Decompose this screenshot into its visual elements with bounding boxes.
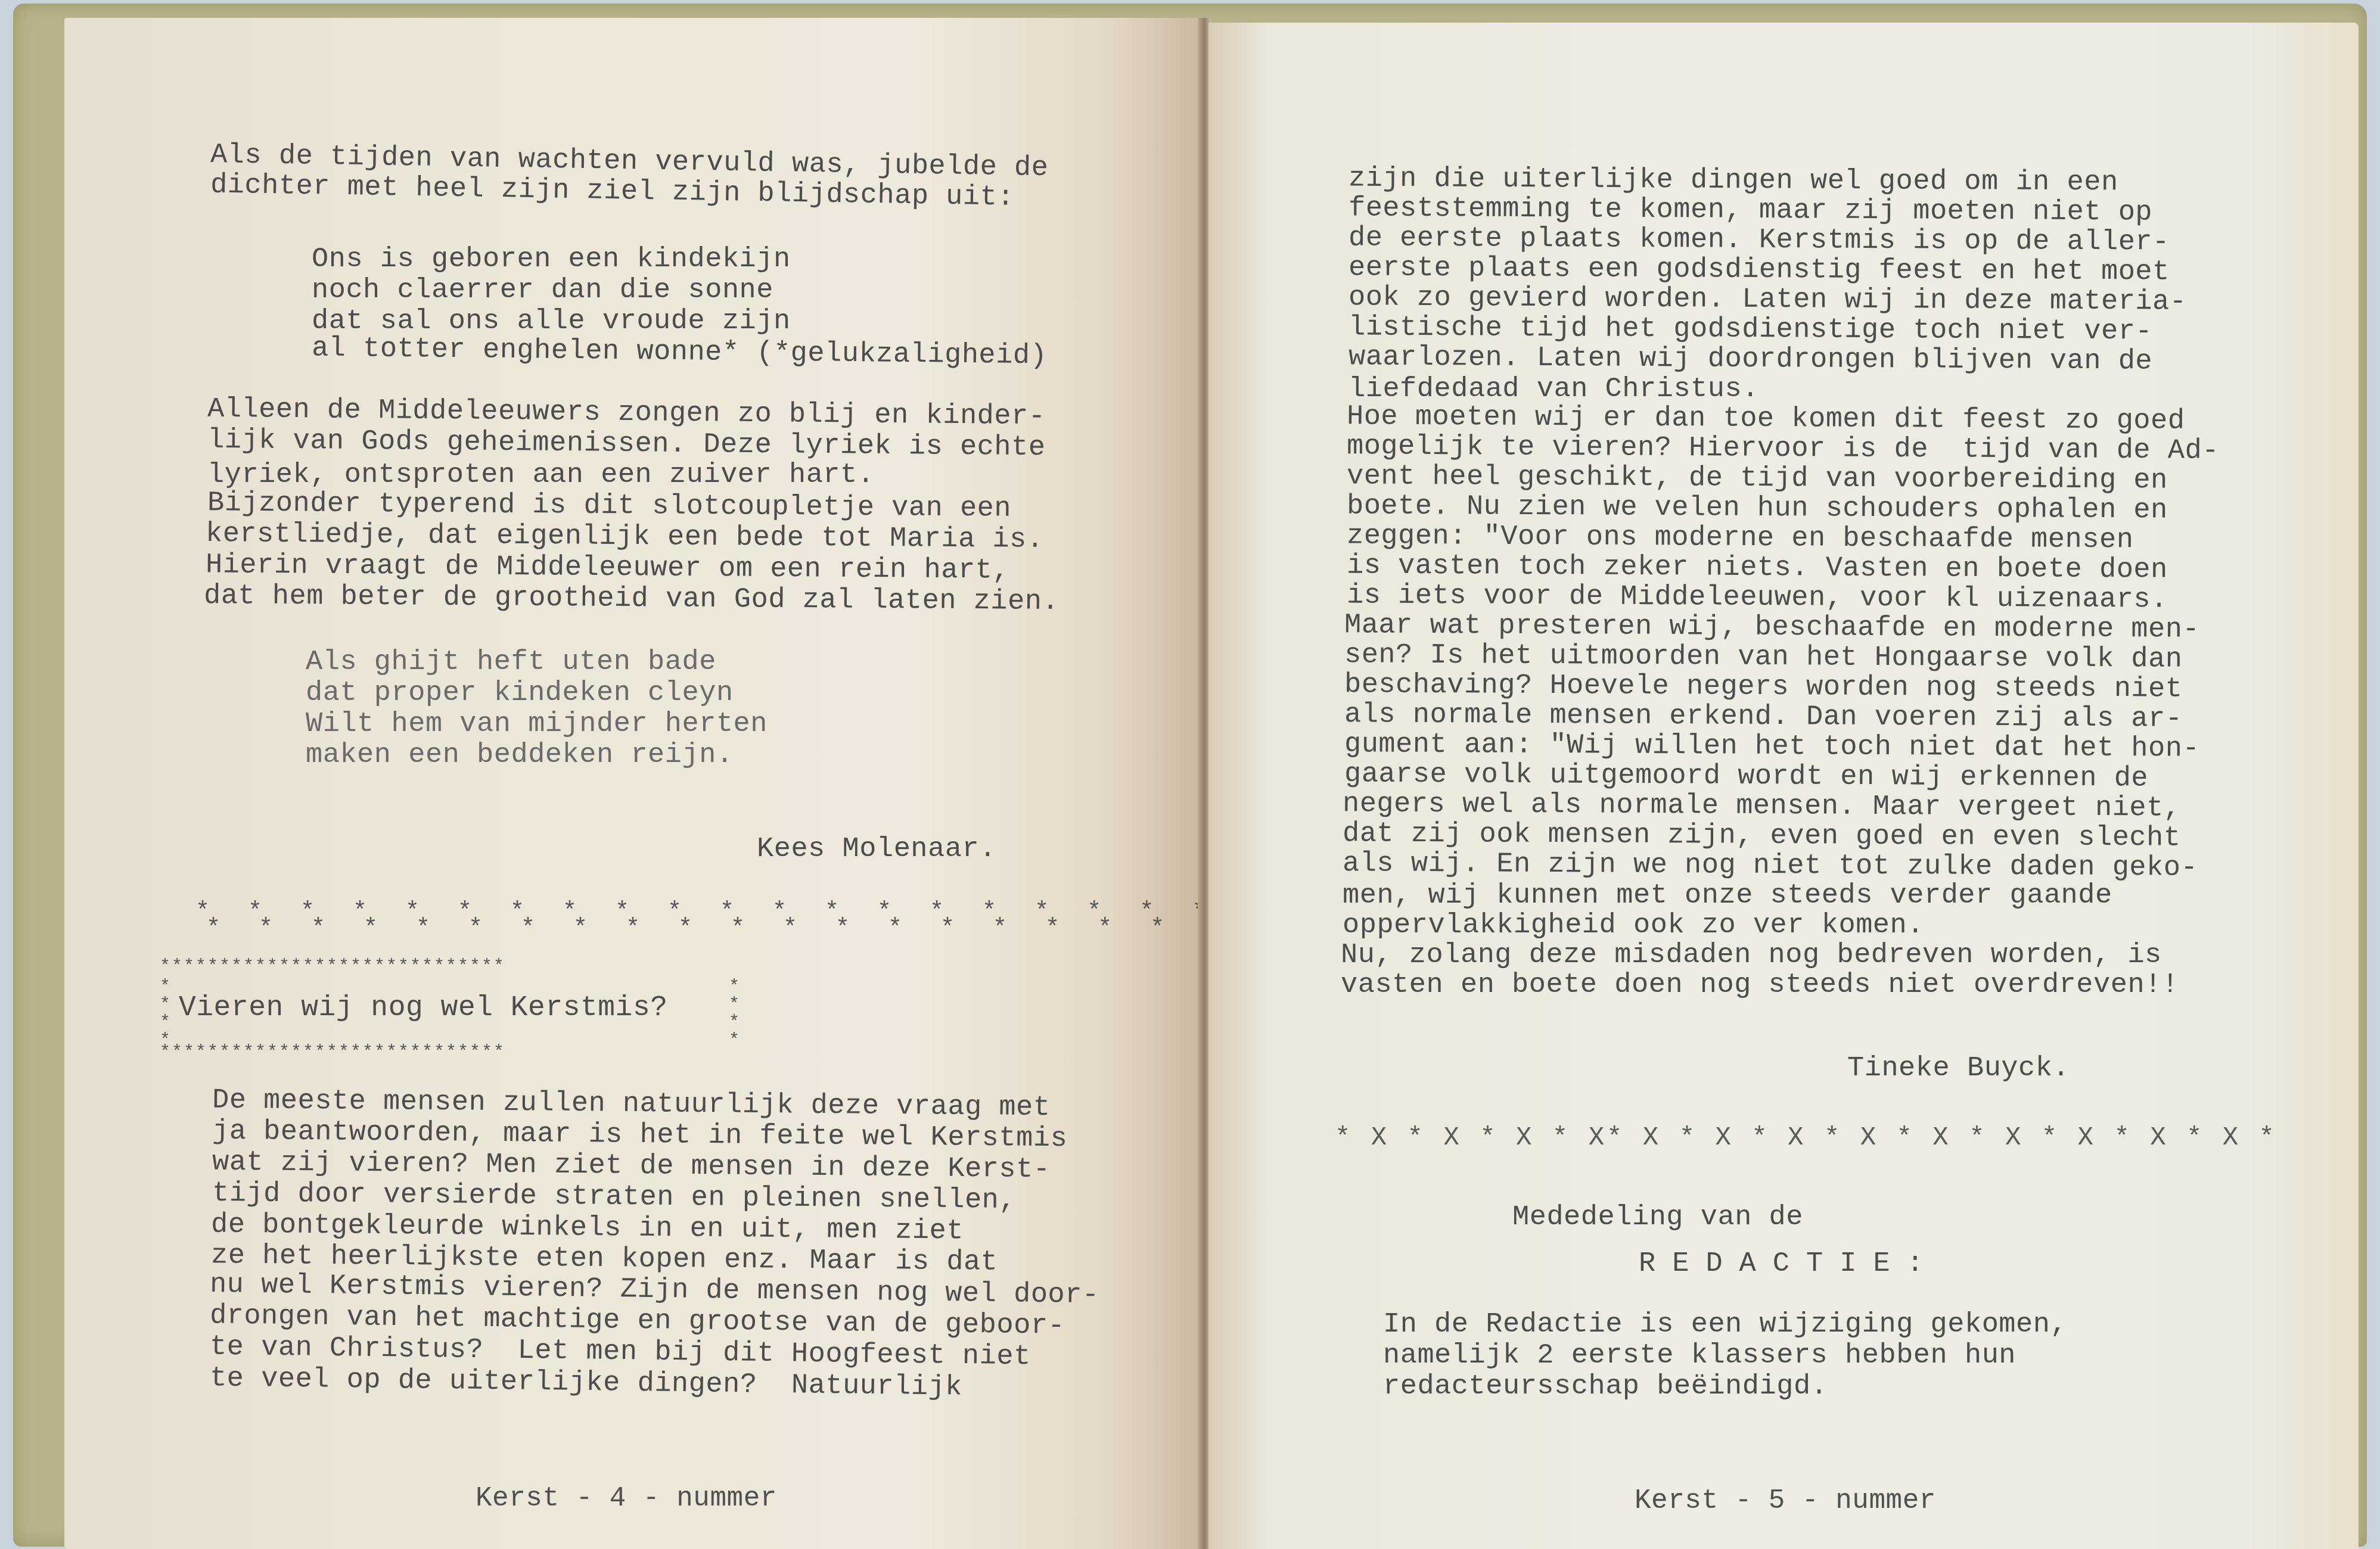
x-star-divider: * X * X * X * X* X * X * X * X * X * X *…	[1335, 1125, 2277, 1151]
box-border-bottom: *****************************	[160, 1044, 505, 1062]
text-line: Hierin vraagt de Middeleeuwer om een rei…	[206, 551, 1009, 584]
poem-line: maken een beddeken reijn.	[306, 741, 734, 769]
text-line: als normale mensen erkend. Dan voeren zi…	[1344, 701, 2183, 733]
poem-line: Als ghijt heft uten bade	[306, 648, 716, 676]
text-line: lijk van Gods geheimenissen. Deze lyriek…	[207, 427, 1046, 462]
notice-line: In de Redactie is een wijziging gekomen,	[1383, 1311, 2067, 1339]
text-line: zijn die uiterlijke dingen wel goed om i…	[1349, 165, 2118, 197]
box-border-right: ****	[729, 978, 740, 1050]
text-line: gument aan: "Wij willen het toch niet da…	[1344, 730, 2199, 763]
box-border-left: ****	[160, 978, 170, 1050]
text-line: vasten en boete doen nog steeds niet ove…	[1341, 971, 2179, 999]
page-footer: Kerst - 5 - nummer	[1635, 1487, 1936, 1514]
text-line: boete. Nu zien we velen hun schouders op…	[1347, 492, 2168, 524]
text-line: oppervlakkigheid ook zo ver komen.	[1343, 912, 1924, 940]
text-line: Hoe moeten wij er dan toe komen dit fees…	[1347, 403, 2185, 435]
text-line: is iets voor de Middeleeuwen, voor kl ui…	[1347, 581, 2168, 614]
text-line: feeststemming te komen, maar zij moeten …	[1349, 194, 2152, 226]
text-line: dat zij ook mensen zijn, even goed en ev…	[1343, 820, 2181, 852]
notice-title: REDACTIE:	[1639, 1250, 1940, 1278]
text-line: dat hem beter de grootheid van God zal l…	[204, 582, 1059, 616]
text-line: waarlozen. Laten wij doordrongen blijven…	[1349, 343, 2152, 375]
text-line: listische tijd het godsdienstige toch ni…	[1349, 313, 2152, 346]
text-line: Maar wat presteren wij, beschaafde en mo…	[1344, 611, 2199, 644]
text-line: kerstliedje, dat eigenlijk een bede tot …	[206, 520, 1044, 554]
page-footer: Kerst - 4 - nummer	[476, 1485, 777, 1512]
text-line: Nu, zolang deze misdaden nog bedreven wo…	[1341, 941, 2162, 969]
notice-line: redacteursschap beëindigd.	[1383, 1373, 1828, 1401]
notice-heading: Mededeling van de	[1512, 1203, 1803, 1231]
text-line: is vasten toch zeker niets. Vasten en bo…	[1347, 552, 2168, 584]
text-line: gaarse volk uitgemoord wordt en wij erke…	[1344, 760, 2148, 792]
poem-line: al totter enghelen wonne* (*gelukzalighe…	[312, 335, 1048, 371]
text-line: beschaving? Hoevele negers worden nog st…	[1344, 671, 2183, 703]
poem-line: dat sal ons alle vroude zijn	[312, 307, 791, 335]
text-line: sen? Is het uitmoorden van het Hongaarse…	[1344, 641, 2183, 673]
text-line: eerste plaats een godsdienstig feest en …	[1349, 254, 2170, 286]
text-line: Bijzonder typerend is dit slotcoupletje …	[207, 489, 1011, 522]
text-line: ook zo gevierd worden. Laten wij in deze…	[1349, 284, 2187, 316]
text-line: de eerste plaats komen. Kerstmis is op d…	[1349, 224, 2170, 256]
box-border-top: *****************************	[160, 958, 505, 976]
poem-line: Ons is geboren een kindekijn	[312, 245, 791, 273]
text-line: mogelijk te vieren? Hiervoor is de tijd …	[1347, 433, 2219, 465]
text-line: te veel op de uiterlijke dingen? Natuurl…	[210, 1364, 962, 1401]
left-page: Als de tijden van wachten vervuld was, j…	[64, 18, 1200, 1549]
text-line: lyriek, ontsproten aan een zuiver hart.	[207, 461, 874, 489]
author-signature: Tineke Buyck.	[1847, 1055, 2070, 1083]
notice-line: namelijk 2 eerste klassers hebben hun	[1383, 1342, 2016, 1370]
text-line: liefdedaad van Christus.	[1349, 375, 1759, 403]
author-signature: Kees Molenaar.	[757, 835, 996, 863]
poem-line: Wilt hem van mijnder herten	[306, 710, 768, 738]
text-line: tijd door versierde straten en pleinen s…	[212, 1180, 1016, 1215]
text-line: men, wij kunnen met onze steeds verder g…	[1343, 882, 2112, 910]
poem-line: dat proper kindeken cleyn	[306, 679, 734, 707]
article-title: Vieren wij nog wel Kerstmis?	[179, 994, 668, 1022]
text-line: de bontgekleurde winkels in en uit, men …	[211, 1211, 964, 1245]
text-line: als wij. En zijn we nog niet tot zulke d…	[1343, 850, 2198, 882]
right-page: zijn die uiterlijke dingen wel goed om i…	[1208, 23, 2359, 1549]
text-line: zeggen: "Voor ons moderne en beschaafde …	[1347, 522, 2134, 555]
text-line: negers wel als normale mensen. Maar verg…	[1343, 790, 2181, 822]
poem-line: noch claerrer dan die sonne	[312, 276, 773, 304]
text-line: vent heel geschikt, de tijd van voorbere…	[1347, 462, 2168, 494]
